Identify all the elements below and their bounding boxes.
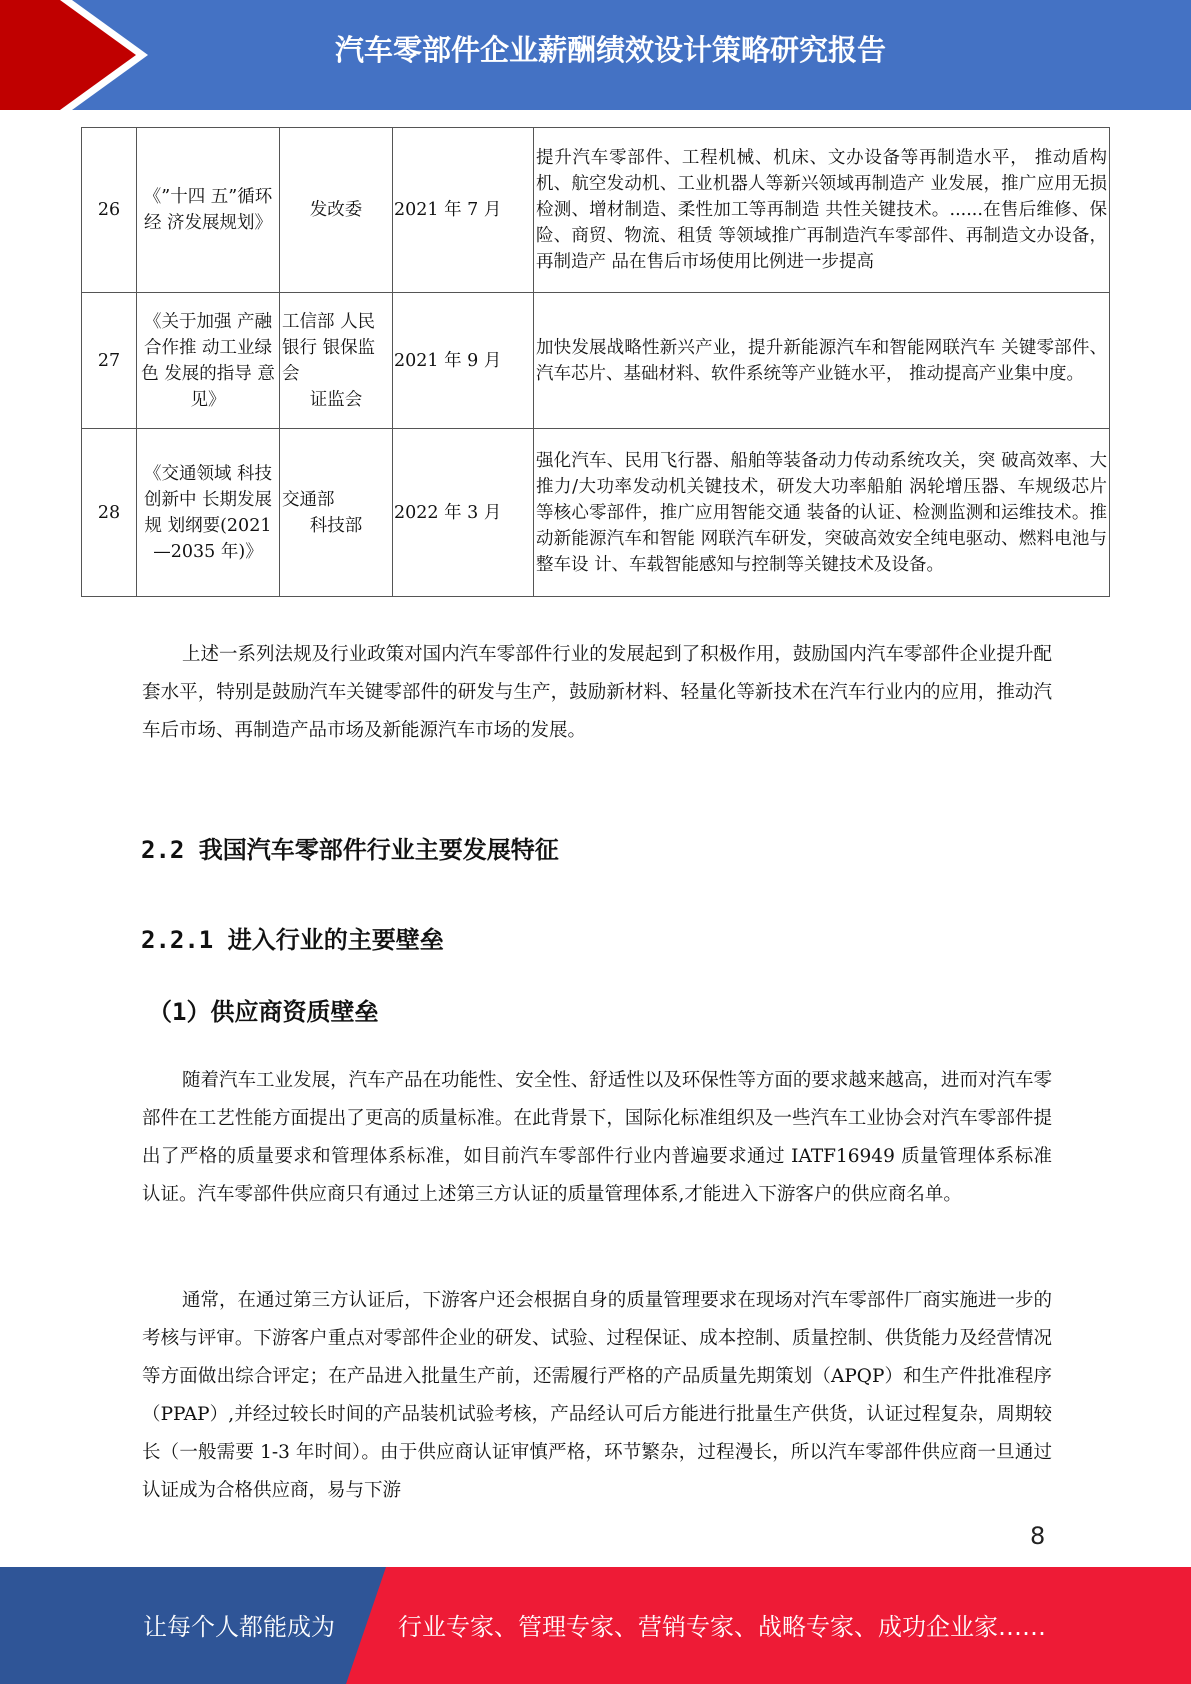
- footer-banner: 让每个人都能成为 行业专家、管理专家、营销专家、战略专家、成功企业家……: [0, 1567, 1191, 1684]
- row-number: 28: [82, 429, 137, 597]
- policy-content-text: 加快发展战略性新兴产业，提升新能源汽车和智能网联汽车 关键零部件、汽车芯片、基础…: [536, 335, 1107, 387]
- policy-content: 加快发展战略性新兴产业，提升新能源汽车和智能网联汽车 关键零部件、汽车芯片、基础…: [534, 293, 1110, 429]
- issue-date: 2022 年 3 月: [393, 429, 534, 597]
- row-number: 27: [82, 293, 137, 429]
- department-line: 工信部 人民银行 银保监会: [282, 312, 375, 384]
- policy-name: 《关于加强 产融合作推 动工业绿色 发展的指导 意见》: [137, 293, 280, 429]
- section-heading-2-2: 2.2 我国汽车零部件行业主要发展特征: [141, 830, 559, 865]
- summary-paragraph: 上述一系列法规及行业政策对国内汽车零部件行业的发展起到了积极作用，鼓励国内汽车零…: [142, 636, 1052, 750]
- body-paragraph: 通常，在通过第三方认证后，下游客户还会根据自身的质量管理要求在现场对汽车零部件厂…: [142, 1282, 1052, 1510]
- policy-content: 提升汽车零部件、工程机械、机床、文办设备等再制造水平， 推动盾构机、航空发动机、…: [534, 128, 1110, 293]
- policy-name: 《”十四 五”循环经 济发展规划》: [137, 128, 280, 293]
- department-line: 交通部: [282, 490, 335, 510]
- issuing-department: 发改委: [280, 128, 393, 293]
- policy-name: 《交通领域 科技创新中 长期发展规 划纲要(2021—2035 年)》: [137, 429, 280, 597]
- page-number: 8: [1030, 1522, 1045, 1550]
- document-title: 汽车零部件企业薪酬绩效设计策略研究报告: [0, 28, 1191, 69]
- department-line: 证监会: [282, 387, 390, 413]
- footer-slogan-left: 让每个人都能成为: [143, 1607, 335, 1642]
- department-line: 发改委: [310, 200, 363, 220]
- subsection-heading-1: （1）供应商资质壁垒: [148, 992, 378, 1027]
- table-row: 27 《关于加强 产融合作推 动工业绿色 发展的指导 意见》 工信部 人民银行 …: [82, 293, 1110, 429]
- issue-date: 2021 年 9 月: [393, 293, 534, 429]
- footer-slogan-right: 行业专家、管理专家、营销专家、战略专家、成功企业家……: [398, 1607, 1046, 1642]
- section-heading-2-2-1: 2.2.1 进入行业的主要壁垒: [141, 920, 444, 955]
- issuing-department: 工信部 人民银行 银保监会 证监会: [280, 293, 393, 429]
- policy-content-text: 提升汽车零部件、工程机械、机床、文办设备等再制造水平， 推动盾构机、航空发动机、…: [536, 145, 1107, 275]
- table-row: 26 《”十四 五”循环经 济发展规划》 发改委 2021 年 7 月 提升汽车…: [82, 128, 1110, 293]
- department-line: 科技部: [282, 513, 390, 539]
- header-banner: 汽车零部件企业薪酬绩效设计策略研究报告: [0, 0, 1191, 110]
- row-number: 26: [82, 128, 137, 293]
- policy-content: 强化汽车、民用飞行器、船舶等装备动力传动系统攻关，突 破高效率、大推力/大功率发…: [534, 429, 1110, 597]
- issuing-department: 交通部 科技部: [280, 429, 393, 597]
- table-row: 28 《交通领域 科技创新中 长期发展规 划纲要(2021—2035 年)》 交…: [82, 429, 1110, 597]
- body-paragraph: 随着汽车工业发展，汽车产品在功能性、安全性、舒适性以及环保性等方面的要求越来越高…: [142, 1062, 1052, 1214]
- policy-table: 26 《”十四 五”循环经 济发展规划》 发改委 2021 年 7 月 提升汽车…: [81, 127, 1110, 597]
- policy-content-text: 强化汽车、民用飞行器、船舶等装备动力传动系统攻关，突 破高效率、大推力/大功率发…: [536, 448, 1107, 578]
- issue-date: 2021 年 7 月: [393, 128, 534, 293]
